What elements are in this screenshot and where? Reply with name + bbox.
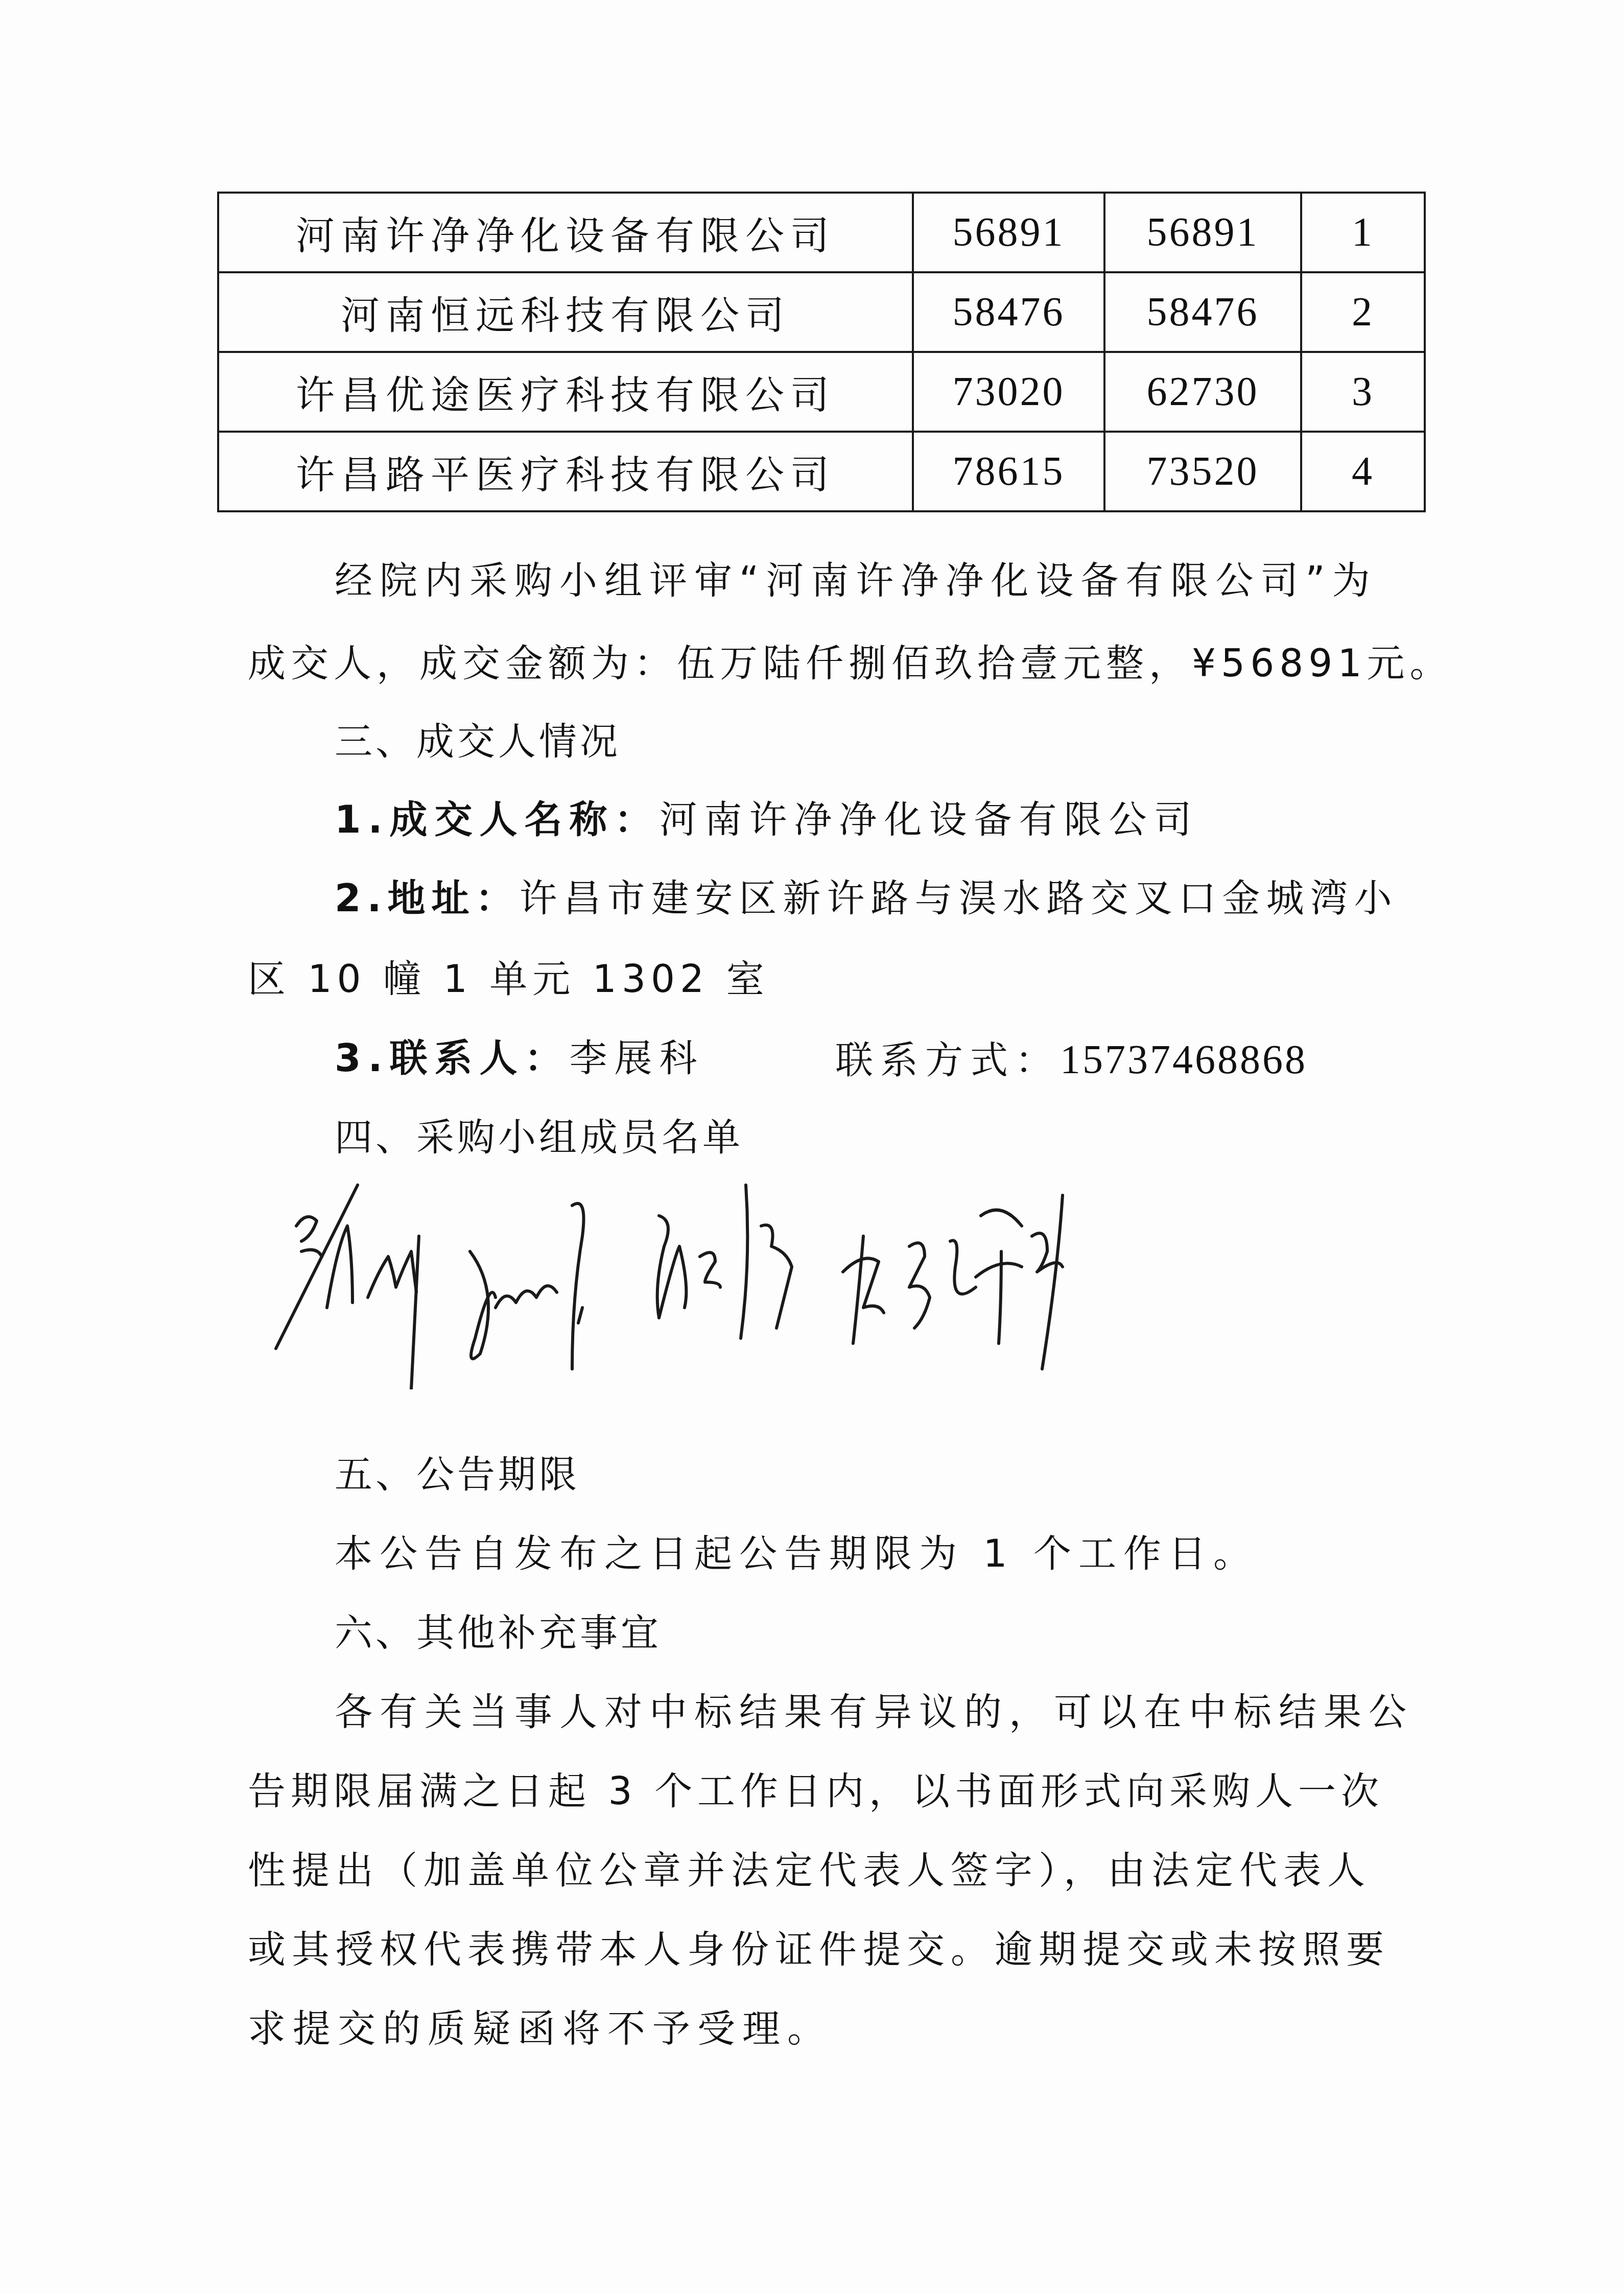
phone-row: 联系方式：15737468868 <box>835 1039 1307 1080</box>
initial-quote-cell: 78615 <box>913 432 1104 511</box>
section-3-heading: 三、成交人情况 <box>335 723 621 761</box>
company-name-cell: 河南恒远科技有限公司 <box>218 272 913 352</box>
rank-cell: 4 <box>1301 432 1425 511</box>
section-5-body: 本公告自发布之日起公告期限为 1 个工作日。 <box>335 1535 1258 1573</box>
section-6-body-line: 求提交的质疑函将不予受理。 <box>248 2010 832 2048</box>
signature-4 <box>843 1236 976 1343</box>
company-name-cell: 许昌路平医疗科技有限公司 <box>218 432 913 511</box>
contact-label: 3.联系人： <box>335 1036 570 1080</box>
winner-contact-row: 3.联系人：李展科 <box>335 1039 704 1077</box>
signature-5 <box>976 1195 1063 1369</box>
rank-cell: 3 <box>1301 352 1425 432</box>
section-6-body-line: 性提出（加盖单位公章并法定代表人签字），由法定代表人 <box>248 1852 1371 1889</box>
signature-3 <box>657 1185 792 1338</box>
winner-address-label: 2.地址： <box>335 877 520 920</box>
company-name-cell: 许昌优途医疗科技有限公司 <box>218 352 913 432</box>
phone-label: 联系方式： <box>835 1038 1060 1082</box>
company-name-cell: 河南许净净化设备有限公司 <box>218 193 913 272</box>
table-row: 许昌优途医疗科技有限公司 73020 62730 3 <box>218 352 1425 432</box>
committee-signatures <box>266 1175 1522 1389</box>
section-6-heading: 六、其他补充事宜 <box>335 1614 662 1652</box>
rank-cell: 1 <box>1301 193 1425 272</box>
final-quote-cell: 73520 <box>1104 432 1301 511</box>
signature-2 <box>470 1203 584 1369</box>
final-quote-cell: 56891 <box>1104 193 1301 272</box>
section-6-body-line: 或其授权代表携带本人身份证件提交。逾期提交或未按照要 <box>248 1931 1390 1969</box>
table-row: 河南许净净化设备有限公司 56891 56891 1 <box>218 193 1425 272</box>
initial-quote-cell: 73020 <box>913 352 1104 432</box>
document-page: 河南许净净化设备有限公司 56891 56891 1 河南恒远科技有限公司 58… <box>0 0 1624 2294</box>
table-row: 河南恒远科技有限公司 58476 58476 2 <box>218 272 1425 352</box>
signature-1 <box>276 1185 419 1389</box>
final-quote-cell: 58476 <box>1104 272 1301 352</box>
initial-quote-cell: 56891 <box>913 193 1104 272</box>
bid-results-table: 河南许净净化设备有限公司 56891 56891 1 河南恒远科技有限公司 58… <box>217 192 1426 512</box>
section-6-body-line: 告期限届满之日起 3 个工作日内，以书面形式向采购人一次 <box>248 1772 1384 1810</box>
winner-address-value: 许昌市建安区新许路与淏水路交叉口金城湾小 <box>520 877 1398 920</box>
section-5-heading: 五、公告期限 <box>335 1456 580 1494</box>
phone-value: 15737468868 <box>1060 1037 1307 1082</box>
award-line-2: 成交人，成交金额为：伍万陆仟捌佰玖拾壹元整，¥56891元。 <box>248 645 1452 682</box>
initial-quote-cell: 58476 <box>913 272 1104 352</box>
winner-name-row: 1.成交人名称：河南许净净化设备有限公司 <box>335 801 1199 839</box>
rank-cell: 2 <box>1301 272 1425 352</box>
winner-name-label: 1.成交人名称： <box>335 798 660 842</box>
winner-name-value: 河南许净净化设备有限公司 <box>660 798 1199 842</box>
section-6-body-line: 各有关当事人对中标结果有异议的，可以在中标结果公 <box>335 1693 1414 1731</box>
table-row: 许昌路平医疗科技有限公司 78615 73520 4 <box>218 432 1425 511</box>
award-line-1: 经院内采购小组评审“河南许净净化设备有限公司”为 <box>335 562 1377 600</box>
section-4-heading: 四、采购小组成员名单 <box>335 1119 743 1156</box>
winner-address-row: 2.地址：许昌市建安区新许路与淏水路交叉口金城湾小 <box>335 880 1398 917</box>
winner-address-line-2: 区 10 幢 1 单元 1302 室 <box>248 960 769 998</box>
contact-value: 李展科 <box>570 1036 704 1080</box>
final-quote-cell: 62730 <box>1104 352 1301 432</box>
